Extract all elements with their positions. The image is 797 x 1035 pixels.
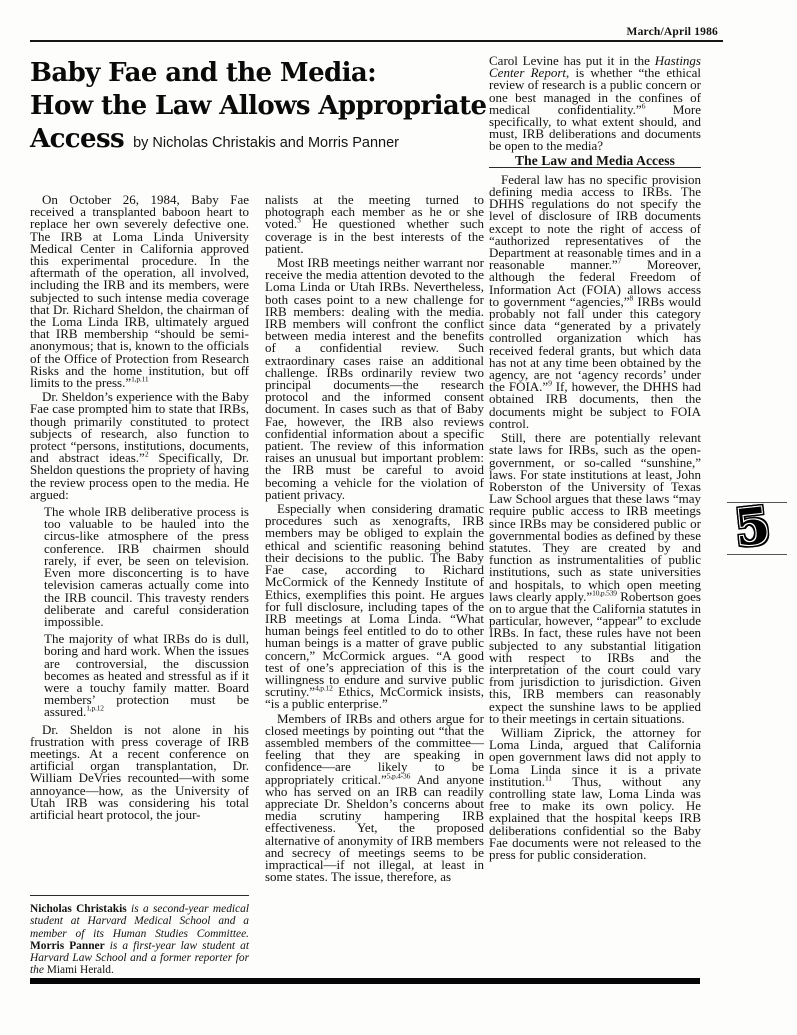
paragraph: Dr. Sheldon’s experience with the Baby F… bbox=[30, 391, 249, 501]
footer-bar bbox=[30, 978, 700, 984]
title-line-3: Access bbox=[30, 123, 124, 156]
page-number: 5 bbox=[732, 497, 772, 556]
page-number-tab: 5 bbox=[725, 502, 791, 555]
block-quote: The majority of what IRBs do is dull, bo… bbox=[44, 633, 249, 718]
section-heading: The Law and Media Access bbox=[489, 155, 701, 168]
byline: by Nicholas Christakis and Morris Panner bbox=[133, 135, 399, 151]
masthead-rule bbox=[30, 40, 723, 42]
paragraph: nalists at the meeting turned to photogr… bbox=[265, 194, 484, 255]
title-line-1: Baby Fae and the Media: bbox=[30, 57, 490, 90]
paragraph: Dr. Sheldon is not alone in his frustrat… bbox=[30, 724, 249, 822]
column-2: nalists at the meeting turned to photogr… bbox=[265, 194, 484, 883]
column-3: Carol Levine has put it in the Hastings … bbox=[489, 55, 701, 861]
paragraph: Federal law has no specific provision de… bbox=[489, 174, 701, 430]
scanned-article-page: { "page": { "issue_date": "March/April 1… bbox=[0, 0, 797, 1035]
paragraph-text: , is whether “the ethical review of rese… bbox=[489, 65, 701, 153]
paragraph: Carol Levine has put it in the Hastings … bbox=[489, 55, 701, 153]
tab-rule bbox=[727, 554, 787, 555]
author-bio: Nicholas Christakis is a second-year med… bbox=[30, 895, 249, 977]
paragraph: Most IRB meetings neither warrant nor re… bbox=[265, 257, 484, 501]
paragraph: Especially when considering dramatic pro… bbox=[265, 503, 484, 710]
author-name: Nicholas Christakis bbox=[30, 903, 127, 915]
block-quote: The whole IRB deliberative process is to… bbox=[44, 506, 249, 628]
issue-date: March/April 1986 bbox=[30, 26, 718, 38]
column-1: On October 26, 1984, Baby Fae received a… bbox=[30, 194, 249, 821]
paragraph: William Ziprick, the attorney for Loma L… bbox=[489, 727, 701, 861]
bio-text: . bbox=[111, 964, 114, 976]
title-line-2: How the Law Allows Appropriate bbox=[30, 90, 490, 123]
author-name: Morris Panner bbox=[30, 940, 105, 952]
paragraph: Members of IRBs and others argue for clo… bbox=[265, 713, 484, 884]
paragraph: On October 26, 1984, Baby Fae received a… bbox=[30, 194, 249, 389]
paragraph: Still, there are potentially relevant st… bbox=[489, 432, 701, 725]
article-title: Baby Fae and the Media: How the Law Allo… bbox=[30, 57, 490, 156]
publication-name: Miami Herald bbox=[47, 964, 111, 976]
